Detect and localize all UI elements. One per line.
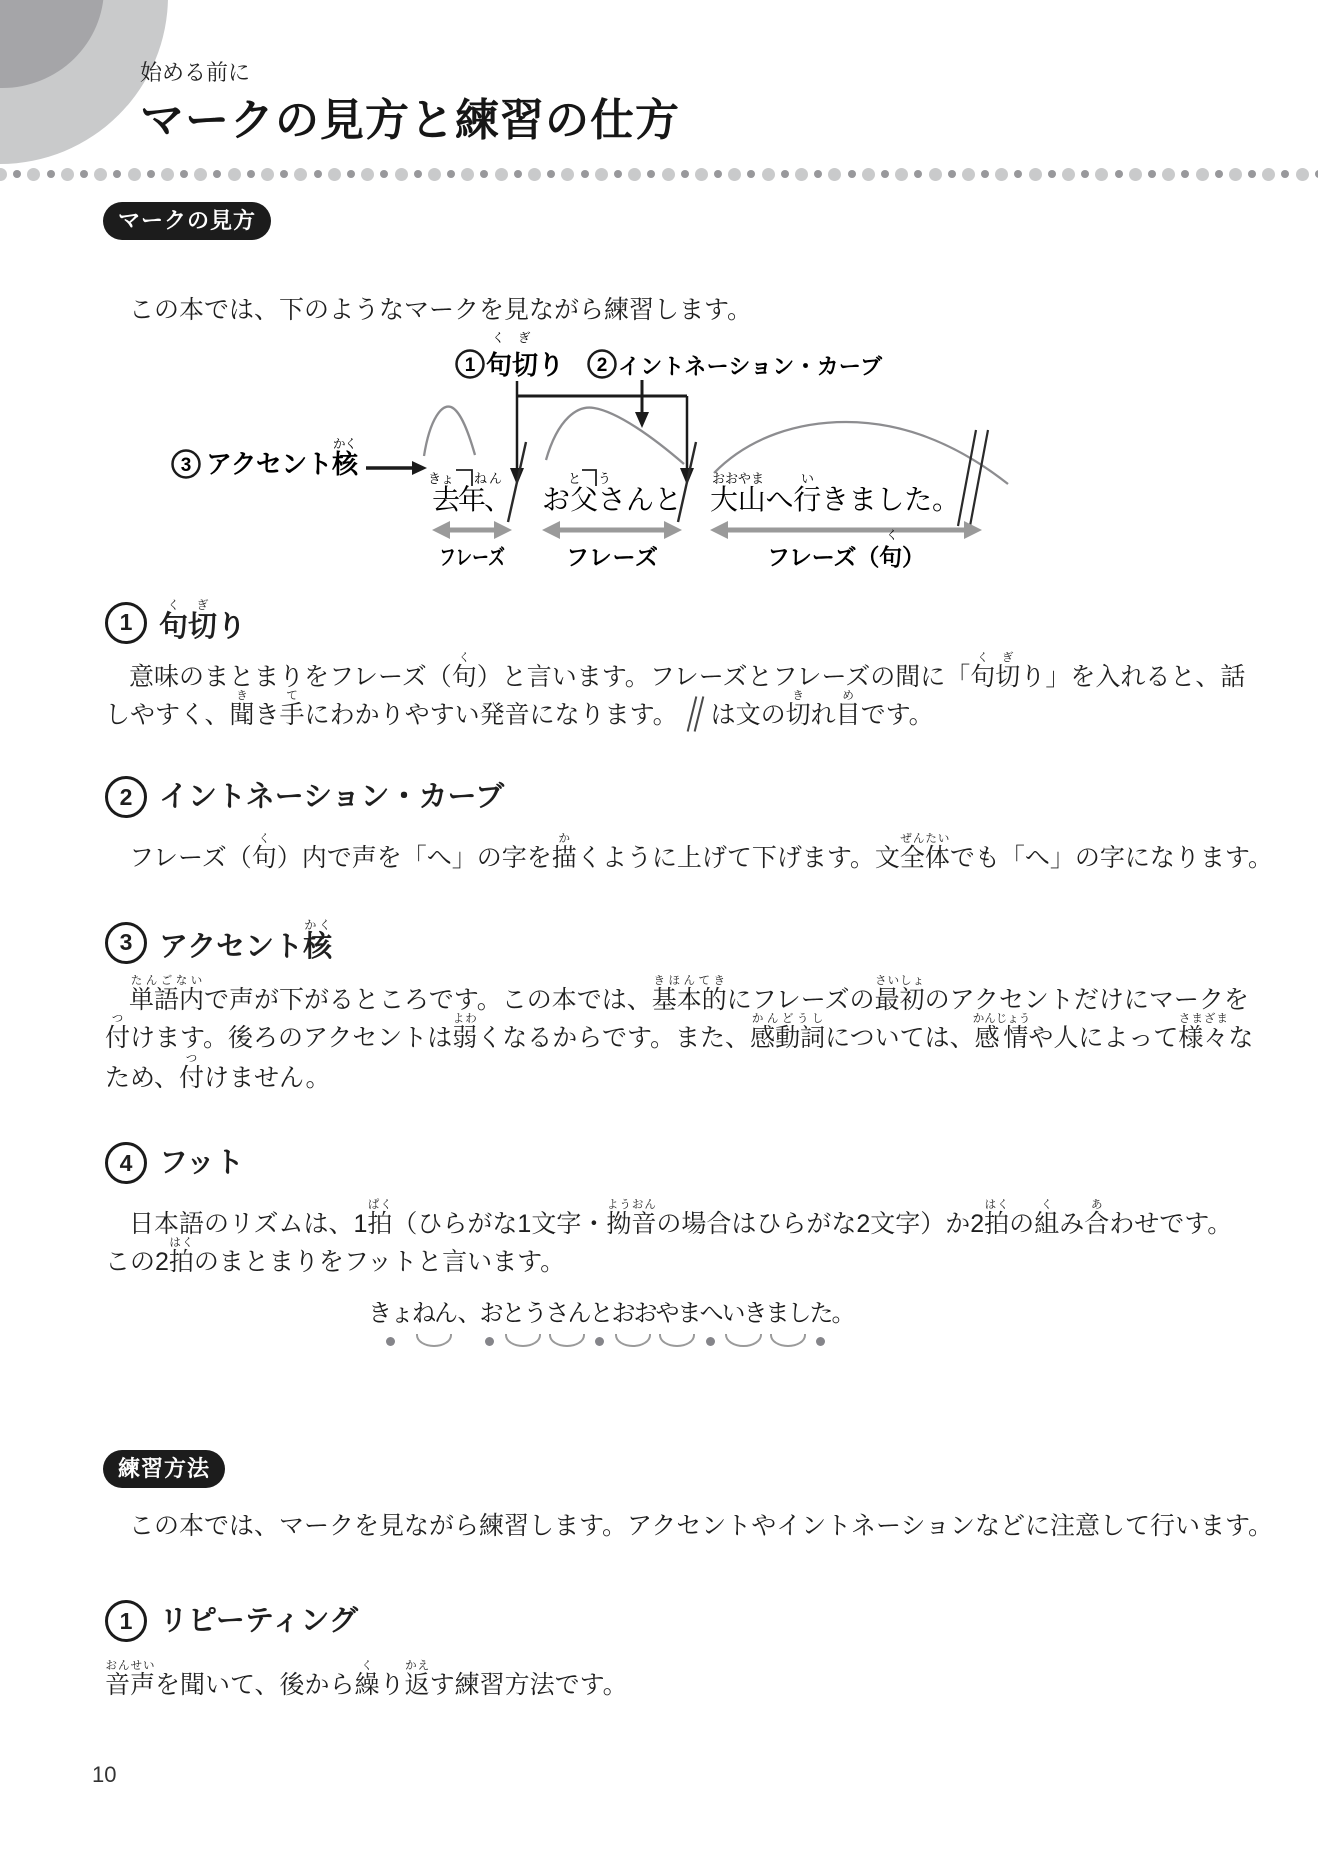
chapter-pretitle: 始める前に <box>140 56 250 87</box>
mark-diagram: 1 句切り く ぎ 2 イントネーション・カーブ 3 アクセント核 かく 去年、… <box>170 278 1250 578</box>
divider-dot-icon <box>1081 170 1089 178</box>
foot-arc-icon <box>501 1334 545 1352</box>
callout1-label: 句切り <box>486 350 564 380</box>
furigana-i: い <box>801 471 814 486</box>
accent-pointer-arrowhead-icon <box>412 461 427 475</box>
accent-core-mark-icon <box>582 470 596 486</box>
foot-dot-icon <box>810 1334 832 1352</box>
example-phrase-2: お父さんと <box>542 485 682 516</box>
divider-dot-icon <box>681 170 689 178</box>
divider-dot-icon <box>80 170 88 178</box>
divider-dot-icon <box>113 170 121 178</box>
divider-dot-icon <box>1095 168 1108 181</box>
divider-dot-icon <box>247 170 255 178</box>
example-phrase-3: 大山へ行きました。 <box>710 484 960 516</box>
circled-number-3-icon: 3 <box>105 922 147 964</box>
callout2-label: イントネーション・カーブ <box>618 354 883 379</box>
divider-dot-icon <box>561 168 574 181</box>
divider-dot-icon <box>714 170 722 178</box>
divider-dot-icon <box>995 168 1008 181</box>
foot-dot-icon <box>589 1334 611 1352</box>
divider-dot-icon <box>514 170 522 178</box>
divider-dot-icon <box>814 170 822 178</box>
phrase-label-2: フレーズ <box>566 544 658 570</box>
callout3-furigana: かく <box>333 437 357 451</box>
divider-dot-icon <box>13 170 21 178</box>
divider-dot-icon <box>828 168 841 181</box>
dotted-divider <box>0 166 1318 182</box>
divider-dot-icon <box>728 168 741 181</box>
divider-dot-icon <box>1181 170 1189 178</box>
section-1-line-2: しやすく、聞きき手てにわかりやすい発音になります。は文の切きれ目めです。 <box>105 690 934 724</box>
furigana-ooyama: おおやま <box>712 471 764 486</box>
intonation-curve-1 <box>424 407 475 456</box>
furigana-nen: ねん <box>474 471 502 486</box>
section-4-line-2: この2拍はくのまとまりをフットと言います。 <box>105 1237 565 1271</box>
divider-dot-icon <box>261 168 274 181</box>
divider-dot-icon <box>447 170 455 178</box>
divider-dot-icon <box>595 168 608 181</box>
divider-dot-icon <box>1215 170 1223 178</box>
phrase-label-3: フレーズ（句） <box>767 544 925 570</box>
foot-marks-row <box>368 1334 854 1352</box>
section-1-heading: 1 句切くぎり <box>105 598 246 647</box>
phrase-label-3-furigana: く <box>886 528 898 542</box>
divider-dot-icon <box>614 170 622 178</box>
divider-dot-icon <box>314 170 322 178</box>
furigana-to: と <box>568 471 581 486</box>
practice-section-1-title: リピーティング <box>159 1601 358 1641</box>
section-3-title: アクセント核かく <box>159 918 332 967</box>
divider-dot-icon <box>848 170 856 178</box>
divider-dot-icon <box>380 170 388 178</box>
phrase-label-1: フレーズ <box>439 545 505 570</box>
divider-dot-icon <box>881 170 889 178</box>
circled-number-1-icon: 1 <box>105 602 147 644</box>
intonation-curve-2 <box>546 408 684 464</box>
circled-number-4-icon: 4 <box>105 1142 147 1184</box>
divider-dot-icon <box>948 170 956 178</box>
foot-dot-icon <box>699 1334 721 1352</box>
divider-dot-icon <box>1062 168 1075 181</box>
section-1-title: 句切くぎり <box>159 598 246 647</box>
section-badge-marks: マークの見方 <box>103 202 271 240</box>
divider-dot-icon <box>27 168 40 181</box>
divider-dot-icon <box>762 168 775 181</box>
divider-dot-icon <box>161 168 174 181</box>
section-2-title: イントネーション・カーブ <box>159 777 504 817</box>
foot-arc-icon <box>412 1334 456 1352</box>
foot-arc-icon <box>611 1334 655 1352</box>
divider-dot-icon <box>1196 168 1209 181</box>
foot-arc-icon <box>545 1334 589 1352</box>
divider-dot-icon <box>180 170 188 178</box>
divider-dot-icon <box>1296 168 1309 181</box>
foot-arc-icon <box>722 1334 766 1352</box>
divider-dot-icon <box>1162 168 1175 181</box>
divider-dot-icon <box>294 168 307 181</box>
foot-dot-icon <box>478 1334 500 1352</box>
divider-dot-icon <box>862 168 875 181</box>
circled-number-2-icon: 2 <box>105 776 147 818</box>
furigana-u: う <box>598 471 611 486</box>
divider-dot-icon <box>662 168 675 181</box>
divider-dot-icon <box>128 168 141 181</box>
divider-dot-icon <box>1281 170 1289 178</box>
divider-dot-icon <box>1029 168 1042 181</box>
divider-dot-icon <box>781 170 789 178</box>
divider-dot-icon <box>194 168 207 181</box>
accent-core-mark-icon <box>456 470 472 486</box>
divider-dot-icon <box>695 168 708 181</box>
divider-dot-icon <box>929 168 942 181</box>
page-title: マークの見方と練習の仕方 <box>140 84 680 148</box>
section-1-line-1: 意味のまとまりをフレーズ（句く）と言います。フレーズとフレーズの間に「句切くぎり… <box>105 652 1245 686</box>
divider-dot-icon <box>414 170 422 178</box>
foot-gap <box>456 1334 478 1352</box>
section-3-line-2: 付つけます。後ろのアクセントは弱よわくなるからです。また、感動詞かんどうしについ… <box>105 1013 1253 1047</box>
example-phrase-1: 去年、 <box>432 484 512 516</box>
divider-dot-icon <box>914 170 922 178</box>
divider-dot-icon <box>895 168 908 181</box>
practice-section-1-heading: 1 リピーティング <box>105 1600 358 1642</box>
divider-dot-icon <box>428 168 441 181</box>
divider-dot-icon <box>480 170 488 178</box>
foot-rhythm-example: きょねん、おとうさんとおおやまへいきました。 <box>368 1293 860 1352</box>
section-3-line-1: 単語内たんごないで声が下がるところです。この本では、基本的きほんてきにフレーズの… <box>105 975 1249 1009</box>
foot-dot-icon <box>368 1334 412 1352</box>
callout1-furigana-gi: ぎ <box>518 331 531 345</box>
divider-dot-icon <box>1115 170 1123 178</box>
divider-dot-icon <box>361 168 374 181</box>
divider-dot-icon <box>547 170 555 178</box>
section-2-heading: 2 イントネーション・カーブ <box>105 776 504 818</box>
circled-number-1-icon: 1 <box>105 1600 147 1642</box>
divider-dot-icon <box>47 170 55 178</box>
callout1-furigana-ku: く <box>492 331 505 345</box>
section-2-line-1: フレーズ（句く）内で声を「へ」の字を描かくように上げて下げます。文全体ぜんたいで… <box>105 833 1273 867</box>
section-4-line-1: 日本語のリズムは、1拍ぱく（ひらがな1文字・拗音ようおんの場合はひらがな2文字）… <box>105 1199 1232 1233</box>
section-4-title: フット <box>159 1143 244 1183</box>
divider-dot-icon <box>1248 170 1256 178</box>
divider-dot-icon <box>647 170 655 178</box>
divider-dot-icon <box>228 168 241 181</box>
divider-dot-icon <box>1229 168 1242 181</box>
callout3-label: アクセント核 <box>206 449 359 479</box>
divider-dot-icon <box>94 168 107 181</box>
practice-intro-text: この本では、マークを見ながら練習します。アクセントやイントネーションなどに注意し… <box>105 1509 1273 1543</box>
foot-example-sentence: きょねん、おとうさんとおおやまへいきました。 <box>368 1293 860 1328</box>
foot-arc-icon <box>655 1334 699 1352</box>
practice-section-1-line-1: 音声おんせいを聞いて、後から繰くり返かえす練習方法です。 <box>105 1660 628 1694</box>
divider-dot-icon <box>461 168 474 181</box>
divider-dot-icon <box>795 168 808 181</box>
divider-dot-icon <box>528 168 541 181</box>
divider-dot-icon <box>747 170 755 178</box>
divider-dot-icon <box>981 170 989 178</box>
phrase-break-mark-icon <box>688 696 703 732</box>
callout3-number: 3 <box>181 455 192 476</box>
divider-dot-icon <box>213 170 221 178</box>
callout1-number: 1 <box>465 355 476 376</box>
page-number: 10 <box>92 1762 116 1788</box>
divider-dot-icon <box>581 170 589 178</box>
foot-arc-icon <box>766 1334 810 1352</box>
textbook-page: { "header": { "pretitle": "始める前に", "titl… <box>0 0 1318 1849</box>
divider-dot-icon <box>0 168 7 181</box>
divider-dot-icon <box>1262 168 1275 181</box>
divider-dot-icon <box>61 168 74 181</box>
divider-dot-icon <box>1148 170 1156 178</box>
divider-dot-icon <box>395 168 408 181</box>
divider-dot-icon <box>347 170 355 178</box>
divider-dot-icon <box>628 168 641 181</box>
furigana-kyo: きょ <box>428 471 454 486</box>
divider-dot-icon <box>147 170 155 178</box>
callout2-number: 2 <box>597 355 608 376</box>
divider-dot-icon <box>962 168 975 181</box>
divider-dot-icon <box>495 168 508 181</box>
section-3-heading: 3 アクセント核かく <box>105 918 332 967</box>
divider-dot-icon <box>1048 170 1056 178</box>
section-badge-practice: 練習方法 <box>103 1450 225 1488</box>
divider-dot-icon <box>328 168 341 181</box>
intonation-pointer-arrowhead-icon <box>635 412 649 428</box>
section-3-line-3: ため、付つけません。 <box>105 1053 331 1087</box>
section-4-heading: 4 フット <box>105 1142 244 1184</box>
divider-dot-icon <box>280 170 288 178</box>
divider-dot-icon <box>1014 170 1022 178</box>
foot-gap <box>832 1334 854 1352</box>
divider-dot-icon <box>1129 168 1142 181</box>
